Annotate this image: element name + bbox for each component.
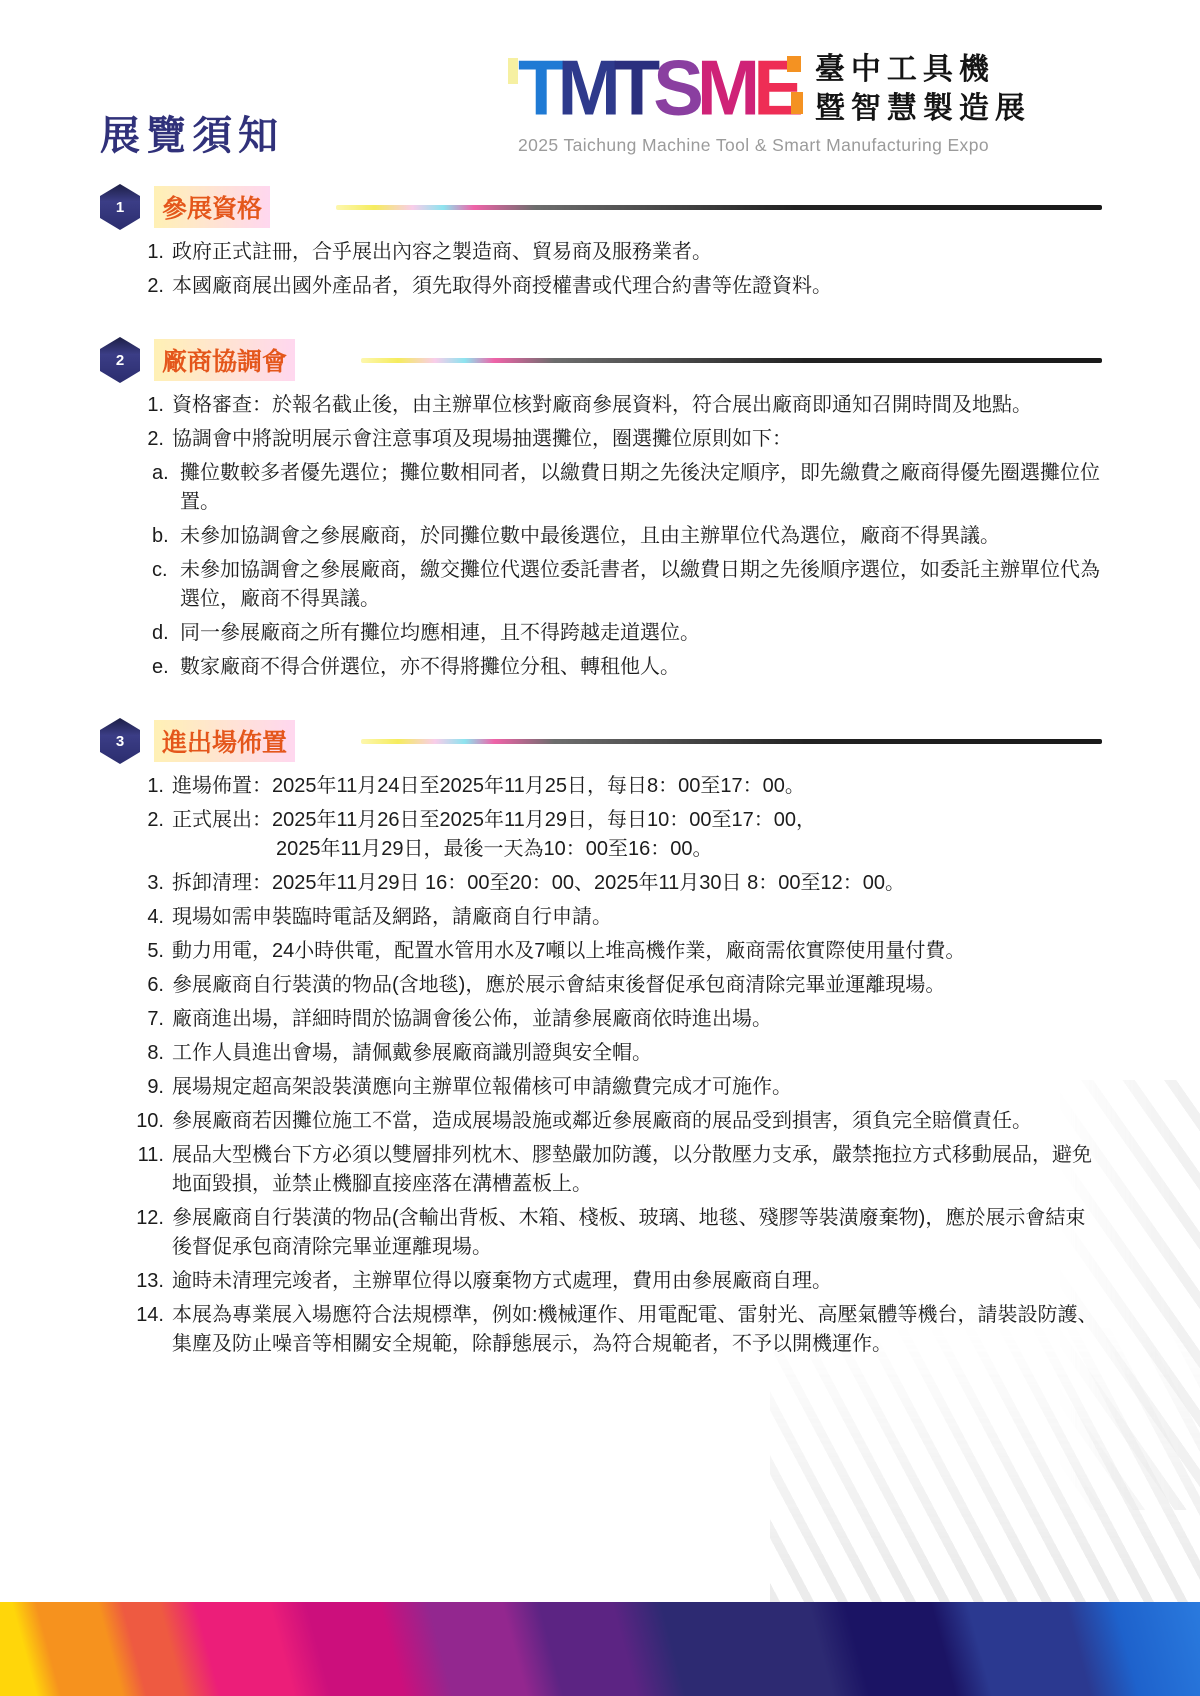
item-text: 正式展出：2025年11月26日至2025年11月29日，每日10：00至17：…	[172, 806, 1104, 864]
section-title: 參展資格	[154, 186, 270, 228]
logo-accent-square-yellow	[508, 58, 518, 84]
item-text: 參展廠商自行裝潢的物品(含地毯)，應於展示會結束後督促承包商清除完畢並運離現場。	[172, 971, 1104, 1000]
section-number: 1	[116, 199, 124, 216]
item-text: 同一參展廠商之所有攤位均應相連，且不得跨越走道選位。	[180, 619, 1104, 648]
item-text: 本展為專業展入場應符合法規標準，例如:機械運作、用電配電、雷射光、高壓氣體等機台…	[172, 1301, 1104, 1359]
section-number: 2	[116, 352, 124, 369]
list-item: 13. 逾時未清理完竣者，主辦單位得以廢棄物方式處理，費用由參展廠商自理。	[128, 1267, 1104, 1296]
item-letter: d.	[152, 619, 180, 648]
list-item: 7. 廠商進出場，詳細時間於協調會後公佈，並請參展廠商依時進出場。	[128, 1005, 1104, 1034]
logo-letter-t2: T	[614, 53, 653, 124]
list-item: 2. 協調會中將說明展示會注意事項及現場抽選攤位，圈選攤位原則如下：	[128, 425, 1104, 454]
list-item: 11. 展品大型機台下方必須以雙層排列枕木、膠墊嚴加防護，以分散壓力支承，嚴禁拖…	[128, 1141, 1104, 1199]
item-text-line2: 2025年11月29日，最後一天為10：00至16：00。	[172, 835, 1104, 864]
item-text: 協調會中將說明展示會注意事項及現場抽選攤位，圈選攤位原則如下：	[172, 425, 1104, 454]
item-text: 展場規定超高架設裝潢應向主辦單位報備核可申請繳費完成才可施作。	[172, 1073, 1104, 1102]
item-number: 3.	[128, 869, 172, 898]
item-text: 未參加協調會之參展廠商，繳交攤位代選位委託書者，以繳費日期之先後順序選位，如委託…	[180, 556, 1104, 614]
item-text: 攤位數較多者優先選位；攤位數相同者，以繳費日期之先後決定順序，即先繳費之廠商得優…	[180, 459, 1104, 517]
logo-letter-m2: M	[697, 53, 753, 124]
section-header: 1 參展資格	[100, 184, 1104, 230]
list-item: 9. 展場規定超高架設裝潢應向主辦單位報備核可申請繳費完成才可施作。	[128, 1073, 1104, 1102]
content: 1 參展資格 1. 政府正式註冊，合乎展出內容之製造商、貿易商及服務業者。 2.…	[100, 184, 1104, 1395]
item-text: 政府正式註冊，合乎展出內容之製造商、貿易商及服務業者。	[172, 238, 1104, 267]
logo-letter-t1: T	[518, 53, 557, 124]
logo-chinese-title: 臺中工具機 暨智慧製造展	[815, 50, 1031, 128]
page-title: 展覽須知	[100, 104, 284, 161]
item-number: 14.	[128, 1301, 172, 1359]
logo-title-line2: 暨智慧製造展	[815, 89, 1031, 128]
logo-row: T M T S M E 臺中工具機 暨智慧製造展	[518, 50, 1084, 128]
section-number-hexagon: 1	[100, 184, 140, 230]
item-number: 1.	[128, 772, 172, 801]
item-text: 參展廠商若因攤位施工不當，造成展場設施或鄰近參展廠商的展品受到損害，須負完全賠償…	[172, 1107, 1104, 1136]
list-item: 1. 資格審查：於報名截止後，由主辦單位核對廠商參展資料，符合展出廠商即通知召開…	[128, 391, 1104, 420]
item-text: 展品大型機台下方必須以雙層排列枕木、膠墊嚴加防護，以分散壓力支承，嚴禁拖拉方式移…	[172, 1141, 1104, 1199]
list-item: 1. 政府正式註冊，合乎展出內容之製造商、貿易商及服務業者。	[128, 238, 1104, 267]
item-text: 拆卸清理：2025年11月29日 16：00至20：00、2025年11月30日…	[172, 869, 1104, 898]
item-text: 數家廠商不得合併選位，亦不得將攤位分租、轉租他人。	[180, 653, 1104, 682]
logo-letter-s: S	[653, 53, 697, 124]
bottom-gradient-bar	[0, 1602, 1200, 1696]
list-item: 14. 本展為專業展入場應符合法規標準，例如:機械運作、用電配電、雷射光、高壓氣…	[128, 1301, 1104, 1359]
section-move-in-out: 3 進出場佈置 1. 進場佈置：2025年11月24日至2025年11月25日，…	[100, 718, 1104, 1359]
item-text: 參展廠商自行裝潢的物品(含輸出背板、木箱、棧板、玻璃、地毯、殘膠等裝潢廢棄物)，…	[172, 1204, 1104, 1262]
section-list: 1. 進場佈置：2025年11月24日至2025年11月25日，每日8：00至1…	[128, 772, 1104, 1359]
item-number: 1.	[128, 391, 172, 420]
item-number: 11.	[128, 1141, 172, 1199]
section-exhibition-qualification: 1 參展資格 1. 政府正式註冊，合乎展出內容之製造商、貿易商及服務業者。 2.…	[100, 184, 1104, 301]
item-number: 7.	[128, 1005, 172, 1034]
section-divider-line	[361, 358, 1102, 363]
item-letter: a.	[152, 459, 180, 517]
section-number-hexagon: 2	[100, 337, 140, 383]
sub-list-item: a. 攤位數較多者優先選位；攤位數相同者，以繳費日期之先後決定順序，即先繳費之廠…	[152, 459, 1104, 517]
section-title: 進出場佈置	[154, 720, 295, 762]
page: 展覽須知 T M T S M E 臺中工具機 暨智慧製造展 2025 Taich…	[0, 0, 1200, 1696]
item-number: 4.	[128, 903, 172, 932]
logo-wordmark: T M T S M E	[518, 54, 797, 124]
logo-title-line1: 臺中工具機	[815, 50, 1031, 89]
logo-accent-square-orange-top	[787, 56, 801, 72]
item-text: 動力用電，24小時供電，配置水管用水及7噸以上堆高機作業，廠商需依實際使用量付費…	[172, 937, 1104, 966]
list-item: 1. 進場佈置：2025年11月24日至2025年11月25日，每日8：00至1…	[128, 772, 1104, 801]
list-item: 8. 工作人員進出會場，請佩戴參展廠商識別證與安全帽。	[128, 1039, 1104, 1068]
item-text: 未參加協調會之參展廠商，於同攤位數中最後選位，且由主辦單位代為選位，廠商不得異議…	[180, 522, 1104, 551]
list-item: 5. 動力用電，24小時供電，配置水管用水及7噸以上堆高機作業，廠商需依實際使用…	[128, 937, 1104, 966]
item-number: 13.	[128, 1267, 172, 1296]
list-item: 2. 本國廠商展出國外產品者，須先取得外商授權書或代理合約書等佐證資料。	[128, 272, 1104, 301]
item-number: 8.	[128, 1039, 172, 1068]
sub-list-item: c. 未參加協調會之參展廠商，繳交攤位代選位委託書者，以繳費日期之先後順序選位，…	[152, 556, 1104, 614]
item-number: 2.	[128, 272, 172, 301]
section-coordination-meeting: 2 廠商協調會 1. 資格審查：於報名截止後，由主辦單位核對廠商參展資料，符合展…	[100, 337, 1104, 682]
item-number: 10.	[128, 1107, 172, 1136]
section-number-hexagon: 3	[100, 718, 140, 764]
list-item: 4. 現場如需申裝臨時電話及網路，請廠商自行申請。	[128, 903, 1104, 932]
sub-list-item: b. 未參加協調會之參展廠商，於同攤位數中最後選位，且由主辦單位代為選位，廠商不…	[152, 522, 1104, 551]
logo-subtitle: 2025 Taichung Machine Tool & Smart Manuf…	[518, 135, 1084, 156]
item-number: 6.	[128, 971, 172, 1000]
item-text: 廠商進出場，詳細時間於協調會後公佈，並請參展廠商依時進出場。	[172, 1005, 1104, 1034]
item-number: 12.	[128, 1204, 172, 1262]
section-title: 廠商協調會	[154, 339, 295, 381]
section-header: 2 廠商協調會	[100, 337, 1104, 383]
list-item: 2. 正式展出：2025年11月26日至2025年11月29日，每日10：00至…	[128, 806, 1104, 864]
item-text-line1: 正式展出：2025年11月26日至2025年11月29日，每日10：00至17：…	[172, 809, 816, 831]
item-number: 9.	[128, 1073, 172, 1102]
list-item: 10. 參展廠商若因攤位施工不當，造成展場設施或鄰近參展廠商的展品受到損害，須負…	[128, 1107, 1104, 1136]
item-letter: c.	[152, 556, 180, 614]
sub-list-item: d. 同一參展廠商之所有攤位均應相連，且不得跨越走道選位。	[152, 619, 1104, 648]
item-letter: e.	[152, 653, 180, 682]
item-number: 2.	[128, 806, 172, 864]
item-text: 本國廠商展出國外產品者，須先取得外商授權書或代理合約書等佐證資料。	[172, 272, 1104, 301]
item-text: 現場如需申裝臨時電話及網路，請廠商自行申請。	[172, 903, 1104, 932]
item-number: 1.	[128, 238, 172, 267]
logo-letter-m1: M	[557, 53, 613, 124]
item-letter: b.	[152, 522, 180, 551]
section-divider-line	[361, 739, 1102, 744]
item-number: 2.	[128, 425, 172, 454]
item-text: 逾時未清理完竣者，主辦單位得以廢棄物方式處理，費用由參展廠商自理。	[172, 1267, 1104, 1296]
section-number: 3	[116, 733, 124, 750]
list-item: 3. 拆卸清理：2025年11月29日 16：00至20：00、2025年11月…	[128, 869, 1104, 898]
sub-list: a. 攤位數較多者優先選位；攤位數相同者，以繳費日期之先後決定順序，即先繳費之廠…	[152, 459, 1104, 682]
section-list: 1. 資格審查：於報名截止後，由主辦單位核對廠商參展資料，符合展出廠商即通知召開…	[128, 391, 1104, 682]
item-text: 工作人員進出會場，請佩戴參展廠商識別證與安全帽。	[172, 1039, 1104, 1068]
sub-list-item: e. 數家廠商不得合併選位，亦不得將攤位分租、轉租他人。	[152, 653, 1104, 682]
list-item: 12. 參展廠商自行裝潢的物品(含輸出背板、木箱、棧板、玻璃、地毯、殘膠等裝潢廢…	[128, 1204, 1104, 1262]
section-list: 1. 政府正式註冊，合乎展出內容之製造商、貿易商及服務業者。 2. 本國廠商展出…	[128, 238, 1104, 301]
list-item: 6. 參展廠商自行裝潢的物品(含地毯)，應於展示會結束後督促承包商清除完畢並運離…	[128, 971, 1104, 1000]
logo-accent-square-orange-bottom	[791, 92, 803, 114]
item-text: 進場佈置：2025年11月24日至2025年11月25日，每日8：00至17：0…	[172, 772, 1104, 801]
item-text: 資格審查：於報名截止後，由主辦單位核對廠商參展資料，符合展出廠商即通知召開時間及…	[172, 391, 1104, 420]
item-number: 5.	[128, 937, 172, 966]
logo: T M T S M E 臺中工具機 暨智慧製造展 2025 Taichung M…	[518, 50, 1084, 156]
section-divider-line	[336, 205, 1102, 210]
section-header: 3 進出場佈置	[100, 718, 1104, 764]
